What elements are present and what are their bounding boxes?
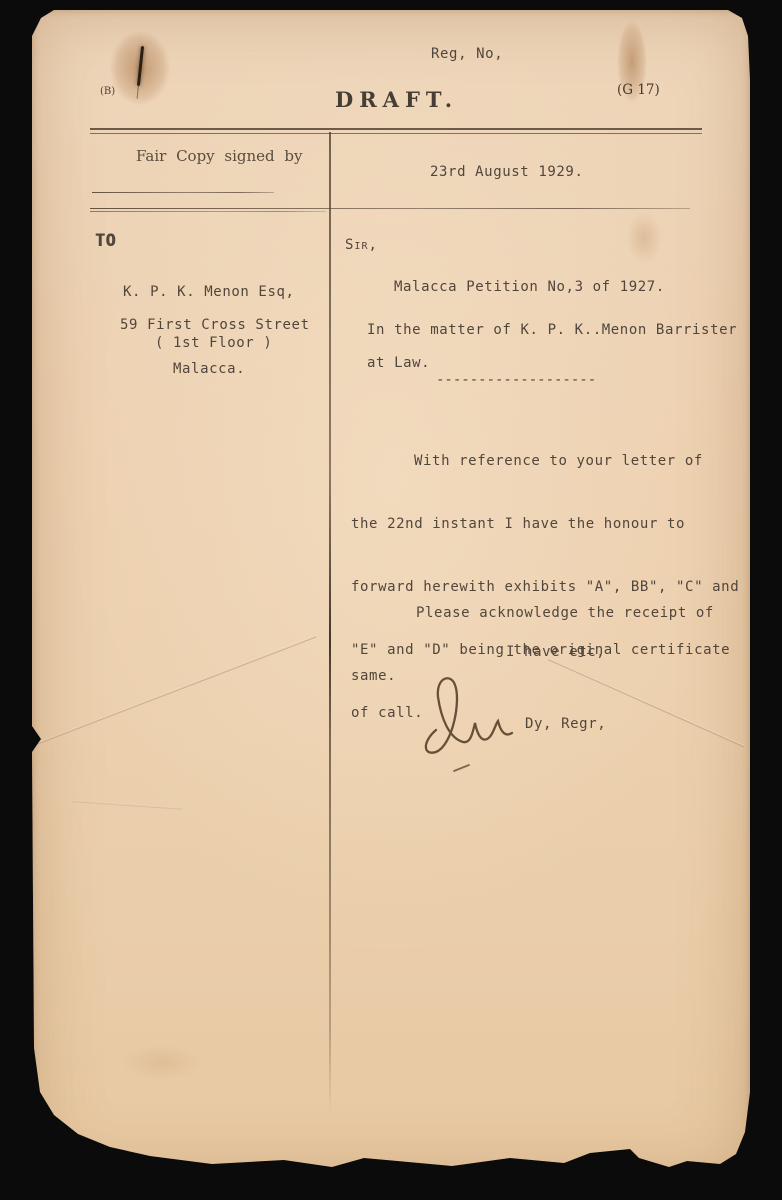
fair-copy-label: Fair Copy signed by bbox=[136, 147, 303, 165]
header-double-rule bbox=[90, 128, 702, 134]
form-mark-right: (G 17) bbox=[617, 82, 660, 98]
salutation: Sir, bbox=[345, 237, 378, 253]
recipient-address-line1: 59 First Cross Street bbox=[120, 317, 310, 333]
paper-crease-left bbox=[36, 636, 317, 745]
reg-no-label: Reg, No, bbox=[431, 46, 503, 62]
recipient-address-line3: Malacca. bbox=[173, 361, 245, 377]
recipient-address-line2: ( 1st Floor ) bbox=[155, 335, 272, 351]
subject-underline-dashes: ------------------- bbox=[436, 372, 596, 388]
letter-paper: Reg, No, (B) (G 17) DRAFT. Fair Copy sig… bbox=[32, 10, 750, 1185]
paper-crease-bottom-left bbox=[72, 800, 182, 810]
body-line: With reference to your letter of bbox=[351, 446, 739, 477]
valediction: I have etc, bbox=[506, 644, 605, 660]
page-title: DRAFT. bbox=[335, 87, 458, 112]
to-label: TO bbox=[95, 231, 116, 250]
subject-line-2: In the matter of K. P. K..Menon Barriste… bbox=[367, 322, 737, 338]
subject-line-3: at Law. bbox=[367, 355, 430, 371]
letter-date: 23rd August 1929. bbox=[430, 164, 584, 180]
recipient-name: K. P. K. Menon Esq, bbox=[123, 284, 295, 300]
closing-line: Please acknowledge the receipt of bbox=[351, 598, 714, 629]
closing-line: same. bbox=[351, 661, 714, 692]
body-line: the 22nd instant I have the honour to bbox=[351, 509, 739, 540]
form-mark-left: (B) bbox=[100, 86, 115, 97]
ink-burn-mark bbox=[137, 46, 144, 86]
photo-of-document: { "colors": { "background": "#0b0b0c", "… bbox=[0, 0, 782, 1200]
column-divider-rule bbox=[329, 132, 331, 1112]
section-rule bbox=[90, 208, 690, 209]
signature-scribble bbox=[414, 672, 524, 782]
fair-copy-signature-line bbox=[92, 192, 274, 193]
section-rule-left-double bbox=[90, 211, 326, 212]
signature-title: Dy, Regr, bbox=[525, 716, 606, 732]
subject-line-1: Malacca Petition No,3 of 1927. bbox=[394, 279, 665, 295]
